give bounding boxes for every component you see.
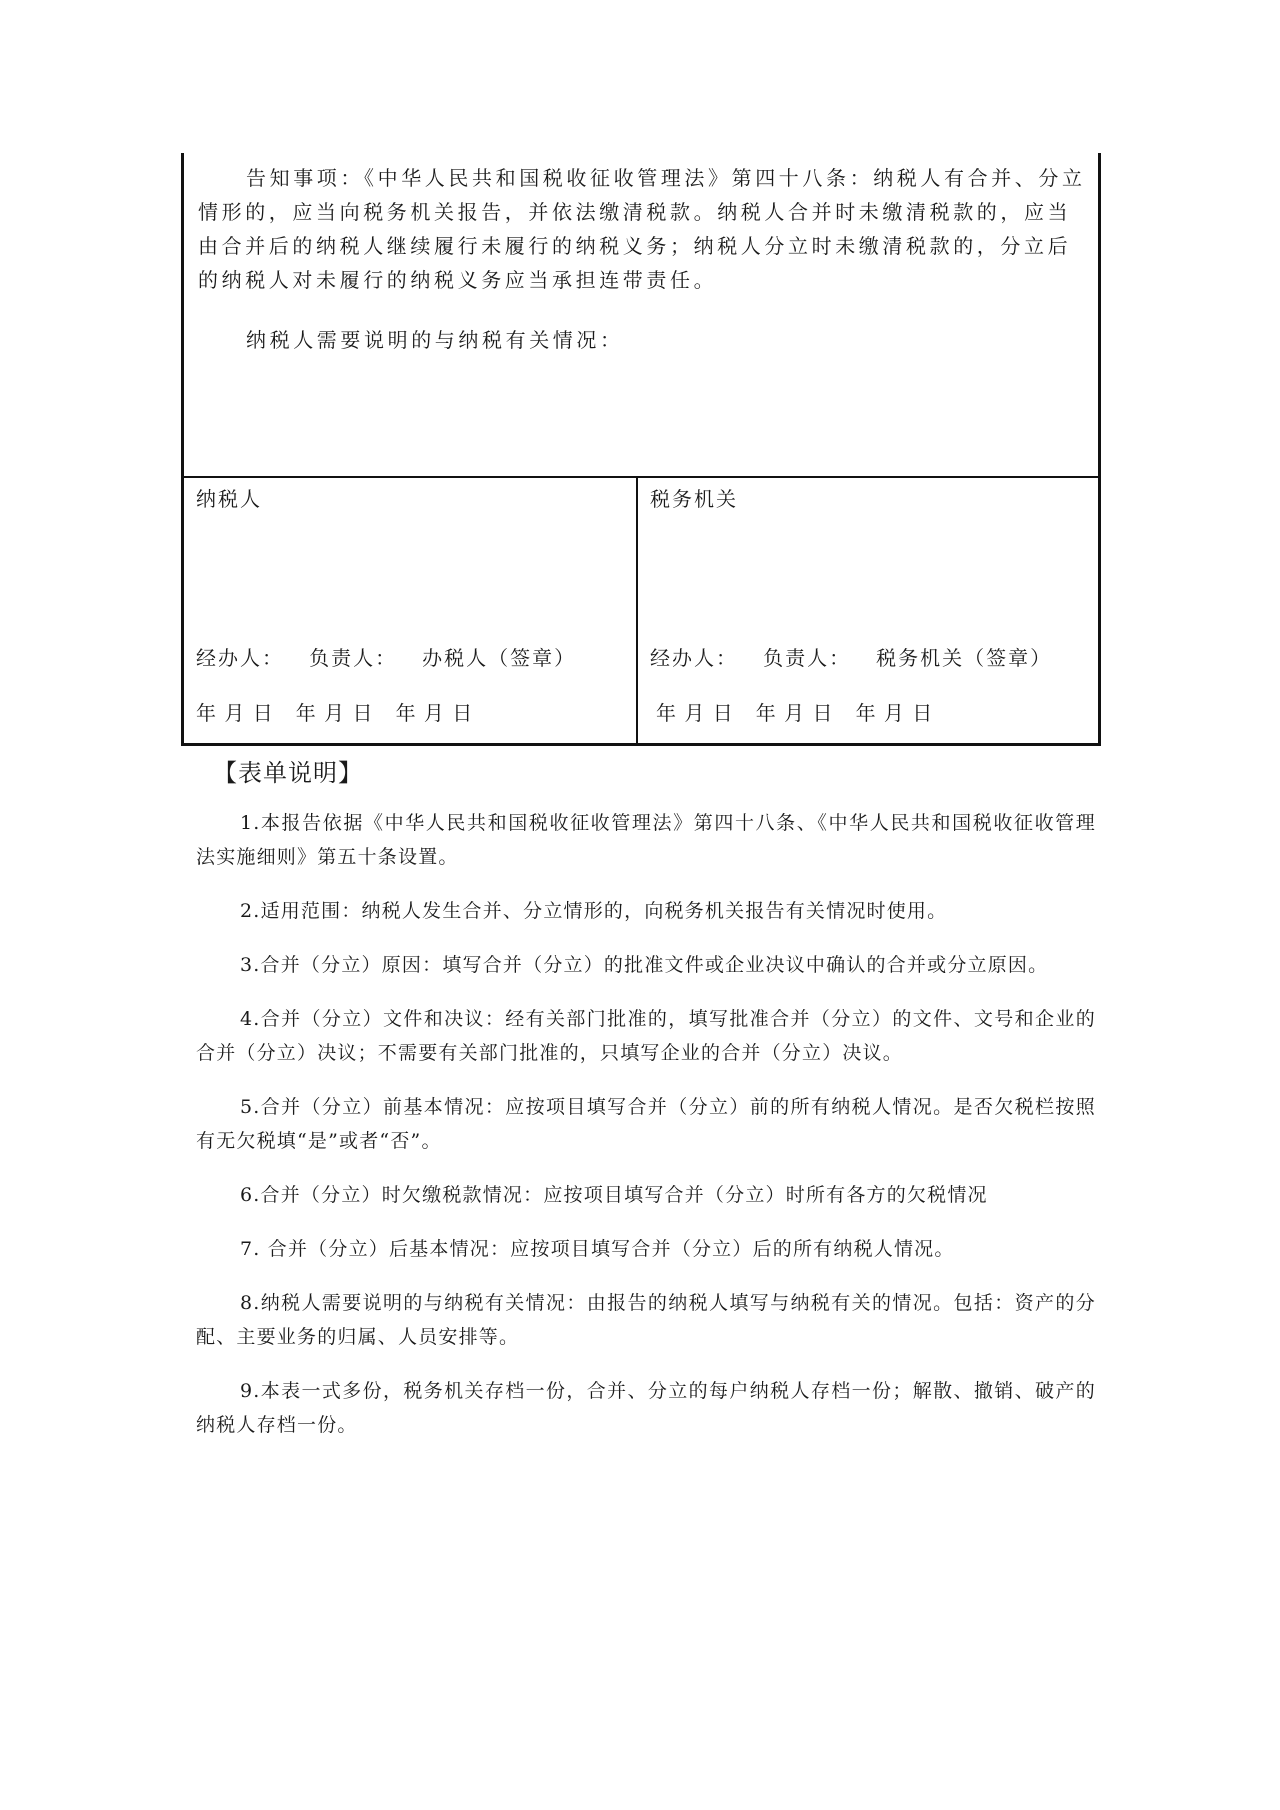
taxpayer-signature-line: 经办人： 负责人： 办税人（签章） — [196, 642, 576, 671]
taxpayer-signature-cell: 纳税人 经办人： 负责人： 办税人（签章） 年 月 日 年 月 日 年 月 日 — [184, 478, 638, 743]
form-note-item: 1.本报告依据《中华人民共和国税收征收管理法》第四十八条、《中华人民共和国税收征… — [196, 806, 1096, 874]
form-note-item: 4.合并（分立）文件和决议：经有关部门批准的，填写批准合并（分立）的文件、文号和… — [196, 1002, 1096, 1070]
form-note-item: 8.纳税人需要说明的与纳税有关情况：由报告的纳税人填写与纳税有关的情况。包括：资… — [196, 1286, 1096, 1354]
form-note-item: 3.合并（分立）原因：填写合并（分立）的批准文件或企业决议中确认的合并或分立原因… — [196, 948, 1096, 982]
form-note-item: 6.合并（分立）时欠缴税款情况：应按项目填写合并（分立）时所有各方的欠税情况 — [196, 1178, 1096, 1212]
form-notes-list: 1.本报告依据《中华人民共和国税收征收管理法》第四十八条、《中华人民共和国税收征… — [196, 806, 1096, 1462]
form-notes-title: 【表单说明】 — [213, 753, 363, 788]
merger-report-form-table: 告知事项：《中华人民共和国税收征收管理法》第四十八条：纳税人有合并、分立情形的，… — [181, 153, 1101, 746]
tax-authority-cell-title: 税务机关 — [650, 483, 738, 512]
tax-authority-date-line: 年 月 日 年 月 日 年 月 日 — [656, 697, 933, 726]
tax-authority-signature-cell: 税务机关 经办人： 负责人： 税务机关（签章） 年 月 日 年 月 日 年 月 … — [638, 478, 1098, 743]
form-note-item: 2.适用范围：纳税人发生合并、分立情形的，向税务机关报告有关情况时使用。 — [196, 894, 1096, 928]
notice-cell: 告知事项：《中华人民共和国税收征收管理法》第四十八条：纳税人有合并、分立情形的，… — [184, 153, 1098, 478]
form-note-item: 5.合并（分立）前基本情况：应按项目填写合并（分立）前的所有纳税人情况。是否欠税… — [196, 1090, 1096, 1158]
taxpayer-date-line: 年 月 日 年 月 日 年 月 日 — [196, 697, 473, 726]
explanation-field-label: 纳税人需要说明的与纳税有关情况： — [246, 323, 624, 357]
tax-authority-signature-line: 经办人： 负责人： 税务机关（签章） — [650, 642, 1052, 671]
form-note-item: 7. 合并（分立）后基本情况：应按项目填写合并（分立）后的所有纳税人情况。 — [196, 1232, 1096, 1266]
legal-notice-text: 告知事项：《中华人民共和国税收征收管理法》第四十八条：纳税人有合并、分立情形的，… — [198, 161, 1093, 297]
taxpayer-cell-title: 纳税人 — [196, 483, 262, 512]
form-note-item: 9.本表一式多份，税务机关存档一份，合并、分立的每户纳税人存档一份；解散、撤销、… — [196, 1374, 1096, 1442]
